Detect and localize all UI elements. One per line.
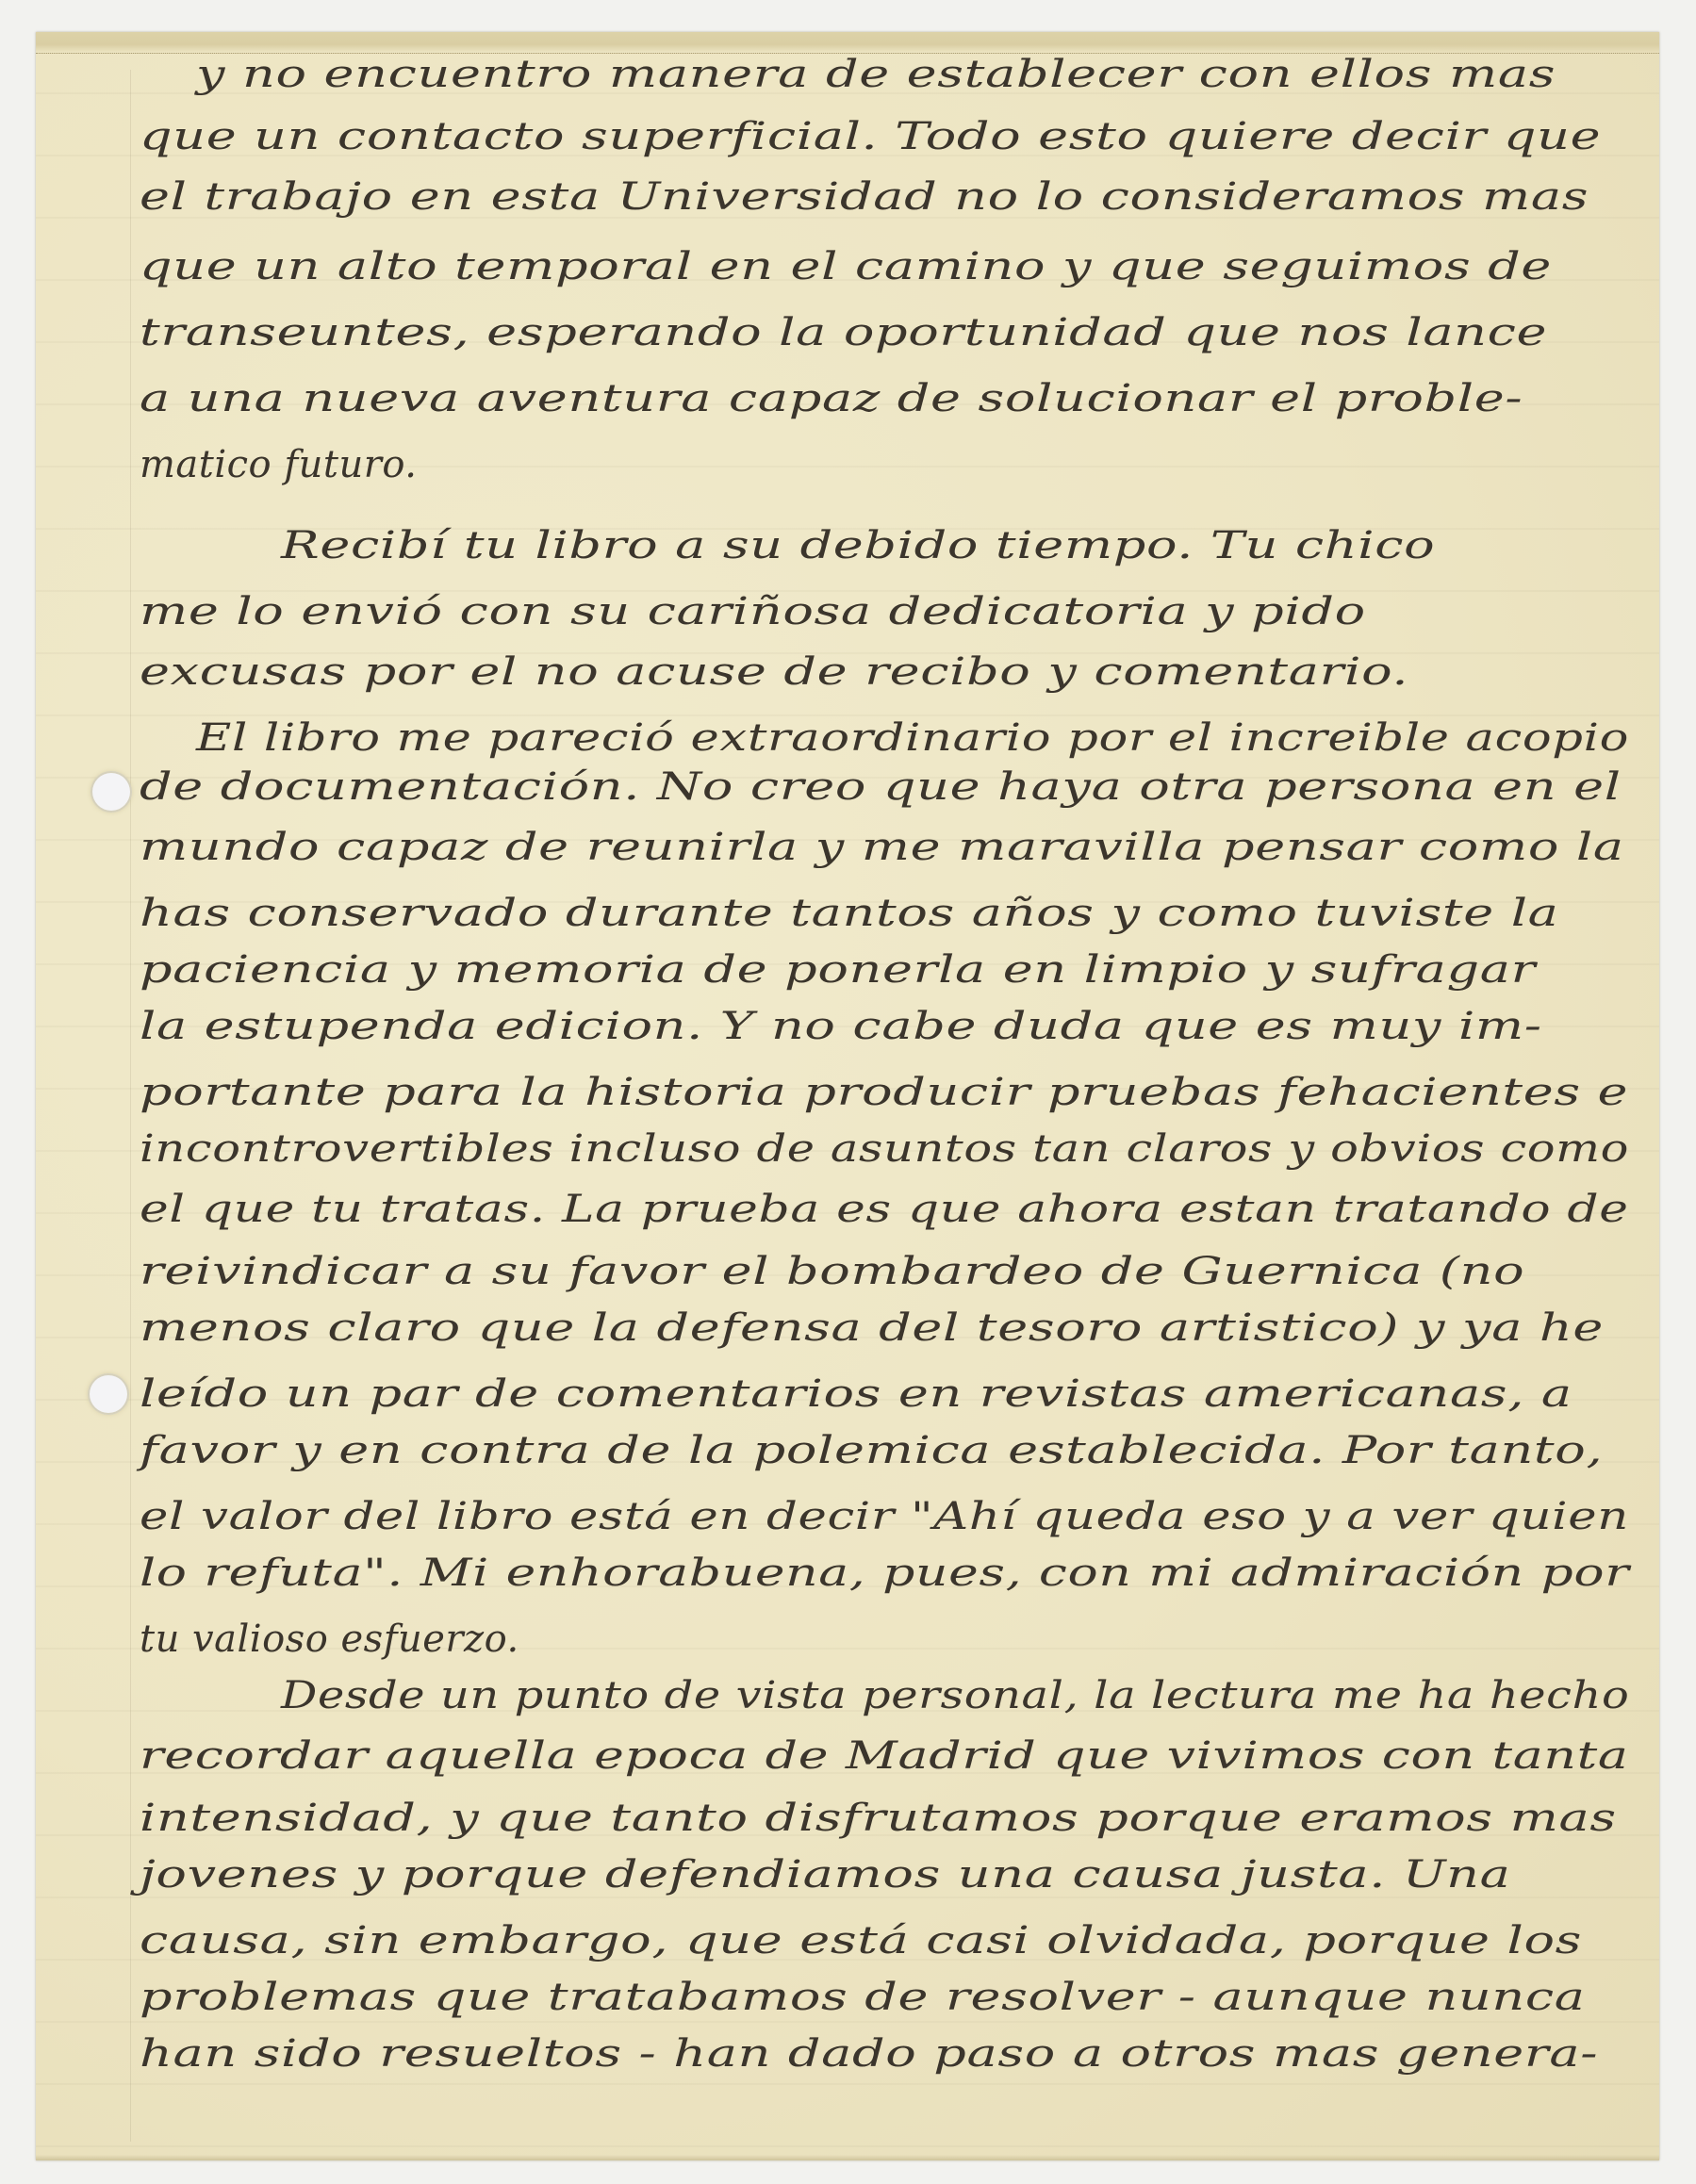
text-line: Desde un punto de vista personal, la lec… [281, 1674, 1629, 1717]
text-line: que un alto temporal en el camino y que … [140, 245, 1552, 288]
text-line: favor y en contra de la polemica estable… [140, 1429, 1603, 1472]
text-line: transeuntes, esperando la oportunidad qu… [140, 311, 1547, 354]
text-line: y no encuentro manera de establecer con … [196, 53, 1556, 96]
handwritten-body: y no encuentro manera de establecer con … [36, 32, 1659, 2160]
text-line: menos claro que la defensa del tesoro ar… [140, 1306, 1604, 1350]
text-line: causa, sin embargo, que está casi olvida… [140, 1919, 1582, 1962]
text-line: el que tu tratas. La prueba es que ahora… [140, 1188, 1629, 1231]
text-line: intensidad, y que tanto disfrutamos porq… [140, 1797, 1617, 1840]
text-line: incontrovertibles incluso de asuntos tan… [140, 1127, 1629, 1171]
text-line: jovenes y porque defendiamos una causa j… [140, 1853, 1510, 1897]
letter-page: y no encuentro manera de establecer con … [36, 32, 1659, 2160]
text-line: portante para la historia producir prueb… [140, 1071, 1628, 1114]
text-line: de documentación. No creo que haya otra … [140, 765, 1622, 809]
text-line: excusas por el no acuse de recibo y come… [140, 650, 1408, 694]
text-line: la estupenda edicion. Y no cabe duda que… [140, 1005, 1542, 1048]
text-line: recordar aquella epoca de Madrid que viv… [140, 1734, 1629, 1778]
text-line: problemas que tratabamos de resolver - a… [140, 1976, 1586, 2019]
text-line: El libro me pareció extraordinario por e… [196, 716, 1629, 760]
text-line: el trabajo en esta Universidad no lo con… [140, 175, 1589, 219]
text-line: han sido resueltos - han dado paso a otr… [140, 2032, 1598, 2076]
text-line: me lo envió con su cariñosa dedicatoria … [140, 590, 1366, 633]
text-line: leído un par de comentarios en revistas … [140, 1372, 1573, 1416]
text-line: has conservado durante tantos años y com… [140, 892, 1559, 935]
text-line: Recibí tu libro a su debido tiempo. Tu c… [281, 524, 1435, 567]
text-line: a una nueva aventura capaz de solucionar… [140, 377, 1523, 420]
text-line: el valor del libro está en decir "Ahí qu… [140, 1495, 1629, 1538]
text-line: reivindicar a su favor el bombardeo de G… [140, 1250, 1524, 1293]
text-line: matico futuro. [140, 443, 417, 486]
text-line: tu valioso esfuerzo. [140, 1617, 519, 1661]
text-line: paciencia y memoria de ponerla en limpio… [140, 948, 1536, 992]
text-line: que un contacto superficial. Todo esto q… [140, 115, 1601, 158]
text-line: mundo capaz de reunirla y me maravilla p… [140, 826, 1624, 869]
text-line: lo refuta". Mi enhorabuena, pues, con mi… [140, 1552, 1629, 1595]
